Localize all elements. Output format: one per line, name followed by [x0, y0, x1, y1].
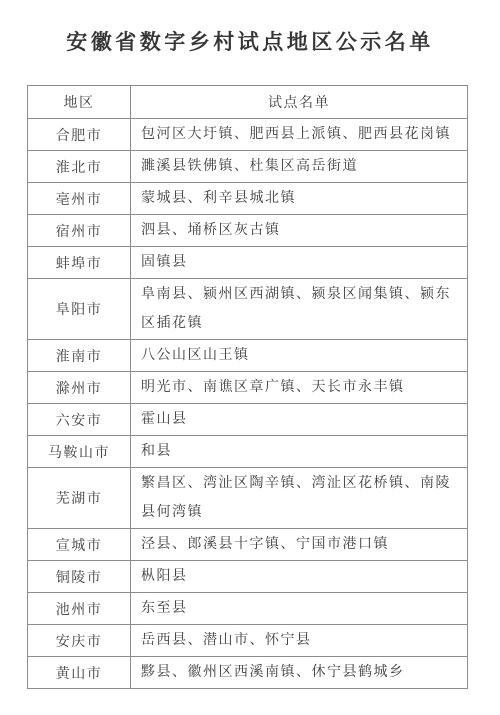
table-row: 六安市 霍山县 [28, 404, 468, 436]
table-row: 黄山市 黟县、徽州区西溪南镇、休宁县鹤城乡 [28, 657, 468, 689]
page-title: 安徽省数字乡村试点地区公示名单 [0, 0, 500, 56]
pilot-list-cell: 八公山区山王镇 [131, 340, 468, 372]
table-row: 淮南市 八公山区山王镇 [28, 340, 468, 372]
region-cell: 蚌埠市 [28, 247, 131, 279]
pilot-list-cell: 包河区大圩镇、肥西县上派镇、肥西县花岗镇 [131, 119, 468, 151]
region-cell: 马鞍山市 [28, 436, 131, 468]
table-row: 阜阳市 阜南县、颍州区西湖镇、颍泉区闻集镇、颍东区插花镇 [28, 279, 468, 340]
pilot-list-cell: 东至县 [131, 593, 468, 625]
table-row: 淮北市 濉溪县铁佛镇、杜集区高岳街道 [28, 151, 468, 183]
pilot-list-column-header: 试点名单 [131, 86, 468, 119]
pilot-list-cell: 黟县、徽州区西溪南镇、休宁县鹤城乡 [131, 657, 468, 689]
pilot-list-cell: 霍山县 [131, 404, 468, 436]
table-row: 铜陵市 枞阳县 [28, 561, 468, 593]
region-column-header: 地区 [28, 86, 131, 119]
region-cell: 亳州市 [28, 183, 131, 215]
region-cell: 淮南市 [28, 340, 131, 372]
pilot-list-cell: 枞阳县 [131, 561, 468, 593]
header-row: 地区 试点名单 [28, 86, 468, 119]
table-row: 宿州市 泗县、埇桥区灰古镇 [28, 215, 468, 247]
table-row: 马鞍山市 和县 [28, 436, 468, 468]
table-row: 亳州市 蒙城县、利辛县城北镇 [28, 183, 468, 215]
pilot-list-cell: 明光市、南谯区章广镇、天长市永丰镇 [131, 372, 468, 404]
table-row: 池州市 东至县 [28, 593, 468, 625]
table-row: 合肥市 包河区大圩镇、肥西县上派镇、肥西县花岗镇 [28, 119, 468, 151]
pilot-list-cell: 蒙城县、利辛县城北镇 [131, 183, 468, 215]
pilot-list-cell: 岳西县、潜山市、怀宁县 [131, 625, 468, 657]
table-body: 合肥市 包河区大圩镇、肥西县上派镇、肥西县花岗镇 淮北市 濉溪县铁佛镇、杜集区高… [28, 119, 468, 689]
region-cell: 六安市 [28, 404, 131, 436]
region-cell: 宣城市 [28, 529, 131, 561]
region-cell: 宿州市 [28, 215, 131, 247]
table-row: 宣城市 泾县、郎溪县十字镇、宁国市港口镇 [28, 529, 468, 561]
region-cell: 黄山市 [28, 657, 131, 689]
table-header: 地区 试点名单 [28, 86, 468, 119]
table-row: 芜湖市 繁昌区、湾沚区陶辛镇、湾沚区花桥镇、南陵县何湾镇 [28, 468, 468, 529]
region-cell: 安庆市 [28, 625, 131, 657]
region-cell: 铜陵市 [28, 561, 131, 593]
region-cell: 池州市 [28, 593, 131, 625]
table-row: 安庆市 岳西县、潜山市、怀宁县 [28, 625, 468, 657]
region-cell: 淮北市 [28, 151, 131, 183]
pilot-list-cell: 固镇县 [131, 247, 468, 279]
region-cell: 滁州市 [28, 372, 131, 404]
table-row: 滁州市 明光市、南谯区章广镇、天长市永丰镇 [28, 372, 468, 404]
pilot-list-cell: 泗县、埇桥区灰古镇 [131, 215, 468, 247]
region-cell: 合肥市 [28, 119, 131, 151]
pilot-areas-table: 地区 试点名单 合肥市 包河区大圩镇、肥西县上派镇、肥西县花岗镇 淮北市 濉溪县… [27, 85, 468, 689]
pilot-list-cell: 泾县、郎溪县十字镇、宁国市港口镇 [131, 529, 468, 561]
pilot-list-cell: 繁昌区、湾沚区陶辛镇、湾沚区花桥镇、南陵县何湾镇 [131, 468, 468, 529]
pilot-list-cell: 和县 [131, 436, 468, 468]
table-row: 蚌埠市 固镇县 [28, 247, 468, 279]
region-cell: 芜湖市 [28, 468, 131, 529]
pilot-list-cell: 阜南县、颍州区西湖镇、颍泉区闻集镇、颍东区插花镇 [131, 279, 468, 340]
pilot-list-cell: 濉溪县铁佛镇、杜集区高岳街道 [131, 151, 468, 183]
region-cell: 阜阳市 [28, 279, 131, 340]
